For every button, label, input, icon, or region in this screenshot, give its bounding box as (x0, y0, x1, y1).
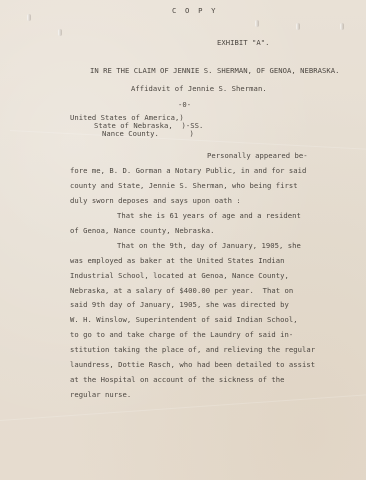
punch-mark (296, 23, 300, 30)
punch-mark (27, 14, 31, 21)
body-line: county and State, Jennie S. Sherman, who… (70, 181, 298, 190)
copy-label: C O P Y (172, 6, 218, 15)
body-line: Nebraska, at a salary of $400.00 per yea… (70, 286, 293, 295)
punch-mark (255, 20, 259, 27)
venue-line-3: Nance County. ) (102, 129, 194, 138)
punch-mark (58, 29, 62, 36)
body-line: Personally appeared be- (207, 151, 308, 160)
body-line: That on the 9th, day of January, 1905, s… (117, 241, 301, 250)
body-line: That she is 61 years of age and a reside… (117, 211, 301, 220)
body-line: duly sworn deposes and says upon oath : (70, 196, 241, 205)
body-line: fore me, B. D. Gorman a Notary Public, i… (70, 166, 306, 175)
paper-crease (0, 393, 366, 421)
body-line: of Genoa, Nance county, Nebraska. (70, 226, 214, 235)
body-line: to go to and take charge of the Laundry … (70, 330, 293, 339)
document-page: C O P Y EXHIBIT "A". IN RE THE CLAIM OF … (0, 0, 366, 480)
body-line: regular nurse. (70, 390, 131, 399)
claim-title: IN RE THE CLAIM OF JENNIE S. SHERMAN, OF… (90, 66, 340, 75)
affidavit-title: Affidavit of Jennie S. Sherman. (131, 84, 267, 93)
body-line: said 9th day of January, 1905, she was d… (70, 300, 289, 309)
body-line: W. H. Winslow, Superintendent of said In… (70, 315, 298, 324)
separator: -0- (178, 100, 191, 109)
body-line: was employed as baker at the United Stat… (70, 256, 284, 265)
body-line: stitution taking the place of, and relie… (70, 345, 315, 354)
body-line: Industrial School, located at Genoa, Nan… (70, 271, 289, 280)
punch-mark (340, 23, 344, 30)
body-line: at the Hospital on account of the sickne… (70, 375, 284, 384)
body-line: laundress, Dottie Rasch, who had been de… (70, 360, 315, 369)
exhibit-label: EXHIBIT "A". (217, 38, 270, 47)
